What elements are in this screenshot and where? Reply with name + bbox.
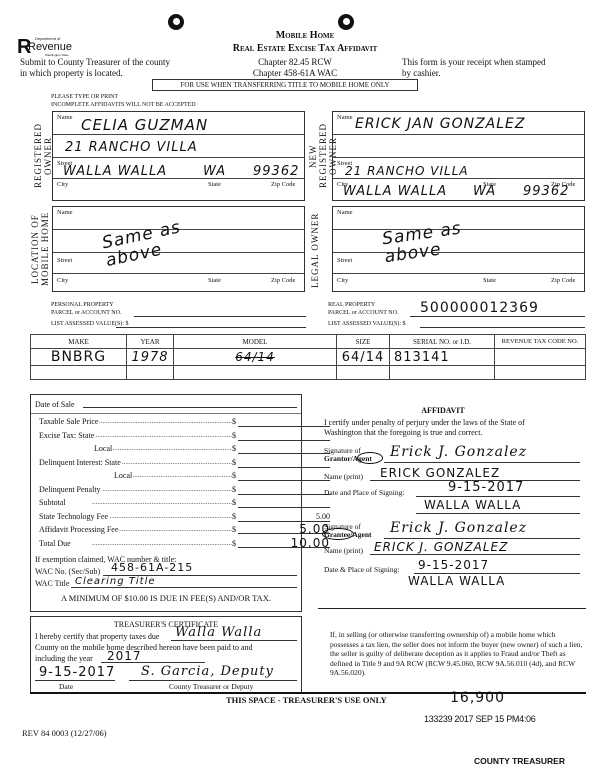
fee-label: Local [94, 444, 113, 453]
registered-owner-zip: 99362 [253, 164, 299, 179]
punch-hole-left [168, 14, 184, 30]
certificate-date: 9-15-2017 [39, 665, 115, 680]
registered-owner-box: Name CELIA GUZMAN 21 RANCHO VILLA Street… [52, 111, 305, 201]
fee-line: ........................................… [39, 471, 329, 483]
model-struck-value: 64/14 [235, 350, 275, 364]
grantor-date: 9-15-2017 [448, 480, 524, 495]
dor-logo: R Department of Revenue Washington State [17, 36, 77, 58]
wac-title-field[interactable] [71, 587, 297, 588]
real-assessed-field[interactable] [420, 327, 585, 328]
mobile-home-only-notice: FOR USE WHEN TRANSFERRING TITLE TO MOBIL… [152, 79, 418, 91]
grantor-signature-field[interactable] [384, 462, 580, 463]
grantor-date-field[interactable] [416, 496, 580, 497]
fee-label: Delinquent Penalty [39, 485, 102, 494]
form-title-line1: Mobile Home [200, 30, 410, 41]
personal-assessed-field[interactable] [116, 327, 306, 328]
grantee-name-label: Name (print) [324, 546, 363, 555]
real-account-label: PARCEL or ACCOUNT NO. [328, 310, 398, 316]
divider [318, 608, 586, 609]
fee-label: Total Due [39, 539, 72, 548]
name-label: Name [57, 209, 73, 216]
personal-account-label: PARCEL or ACCOUNT NO. [51, 310, 121, 316]
dollar-sign: $ [232, 471, 236, 480]
fee-label: Local [114, 471, 133, 480]
punch-hole-right [338, 14, 354, 30]
city-label: City [57, 277, 68, 284]
fee-line: ........................................… [39, 431, 329, 443]
fee-line: ........................................… [39, 458, 329, 470]
real-assessed-label: LIST ASSESSED VALUE(S): $ [328, 321, 406, 327]
date-of-sale-field[interactable] [83, 407, 297, 408]
header-make: MAKE [31, 335, 127, 349]
dollar-sign: $ [232, 498, 236, 507]
new-owner-state: WA [473, 184, 496, 199]
grantee-date: 9-15-2017 [418, 558, 489, 572]
certificate-text-3: including the year [35, 654, 93, 663]
grantee-date-label: Date & Place of Signing: [324, 565, 399, 574]
dollar-sign: $ [232, 525, 236, 534]
street-label: Street [337, 257, 352, 264]
registered-owner-city: WALLA WALLA [63, 164, 167, 179]
state-label: State [208, 181, 221, 188]
fee-line: ........................................… [39, 485, 329, 497]
dot-leader: ........................................… [122, 471, 232, 479]
wac-title-value: Clearing Title [75, 576, 156, 587]
treasurer-use-label: THIS SPACE - TREASURER'S USE ONLY [226, 695, 387, 705]
receipt-stamp: 133239 2017 SEP 15 PM4:06 [424, 714, 535, 724]
location-box: Name Street City State Zip Code Same as … [52, 206, 305, 292]
legal-owner-label: LEGAL OWNER [310, 208, 332, 292]
cell-serial[interactable]: 813141 [390, 349, 495, 366]
dollar-sign: $ [232, 458, 236, 467]
grantor-place: WALLA WALLA [424, 498, 521, 512]
cell-revenue-code[interactable] [495, 349, 586, 366]
street-row[interactable] [53, 253, 304, 274]
certificate-text-2: County on the mobile home described here… [35, 643, 253, 652]
dollar-sign: $ [232, 539, 236, 548]
certificate-date-label: Date [59, 682, 73, 691]
fee-line: ........................................… [39, 498, 329, 510]
fee-label: State Technology Fee [39, 512, 109, 521]
tax-calculation-box: Date of Sale ...........................… [30, 394, 302, 612]
city-label: City [57, 181, 68, 188]
stamp-office: COUNTY TREASURER [474, 756, 565, 766]
header-revenue-tax-code: REVENUE TAX CODE NO. [495, 335, 586, 349]
cell-model[interactable]: 64/14 [174, 349, 337, 366]
header-model: MODEL [174, 335, 337, 349]
name-label: Name [57, 114, 73, 121]
treasurer-signature-label: County Treasurer or Deputy [169, 682, 253, 691]
certificate-county: Walla Walla [175, 625, 262, 640]
real-account-field[interactable] [410, 316, 585, 317]
treasurer-handwritten-number: 16,900 [450, 690, 505, 706]
fee-line: ........................................… [39, 444, 329, 456]
grantee-name: ERICK J. GONZALEZ [374, 540, 508, 554]
date-of-sale-label: Date of Sale [35, 400, 75, 409]
certificate-date-field[interactable] [35, 680, 115, 681]
fee-line: ........................................… [39, 539, 329, 551]
form-number: REV 84 0003 (12/27/06) [22, 728, 107, 738]
affidavit-section: AFFIDAVIT I certify under penalty of per… [300, 394, 586, 612]
incomplete-note: INCOMPLETE AFFIDAVITS WILL NOT BE ACCEPT… [51, 102, 196, 108]
new-owner-name: ERICK JAN GONZALEZ [355, 116, 525, 132]
certificate-text-1: I hereby certify that property taxes due [35, 632, 159, 641]
grantee-place: WALLA WALLA [408, 574, 505, 588]
form-title-line2: Real Estate Excise Tax Affidavit [170, 43, 440, 54]
header-serial: SERIAL NO. or I.D. [390, 335, 495, 349]
registered-owner-address: 21 RANCHO VILLA [65, 140, 198, 155]
fee-line: ........................................… [39, 417, 329, 429]
grantor-name: ERICK GONZALEZ [380, 466, 500, 480]
cell-year[interactable] [127, 366, 174, 380]
dot-leader: ........................................… [47, 498, 232, 506]
submit-instruction-1: Submit to County Treasurer of the county [20, 57, 170, 67]
receipt-notice-2: by cashier. [402, 68, 441, 78]
personal-property-label: PERSONAL PROPERTY [51, 302, 114, 308]
state-label: State [208, 277, 221, 284]
cell-serial[interactable] [390, 366, 495, 380]
county-field[interactable] [171, 640, 297, 641]
street-label: Street [57, 257, 72, 264]
new-owner-street: 21 RANCHO VILLA [345, 164, 469, 178]
treasurer-certificate-box: TREASURER'S CERTIFICATE I hereby certify… [30, 616, 302, 694]
submit-instruction-2: in which property is located. [20, 68, 123, 78]
address-row[interactable] [333, 135, 584, 158]
zip-label: Zip Code [271, 277, 295, 284]
wac-no-label: WAC No. (Sec/Sub) [35, 567, 100, 576]
affidavit-text-2: Washington that the foregoing is true an… [324, 428, 482, 437]
grantor-name-label: Name (print) [324, 472, 363, 481]
real-account-number: 500000012369 [420, 300, 539, 316]
new-owner-zip: 99362 [523, 184, 569, 199]
table-row [31, 366, 586, 380]
grantee-circle-mark [322, 528, 354, 540]
type-or-print-note: PLEASE TYPE OR PRINT [51, 94, 118, 100]
fee-label: Excise Tax: State [39, 431, 95, 440]
zip-label: Zip Code [271, 181, 295, 188]
cell-size[interactable]: 64/14 [337, 349, 390, 366]
real-property-label: REAL PROPERTY [328, 302, 375, 308]
chapter-rcw: Chapter 82.45 RCW [240, 57, 350, 67]
personal-account-field[interactable] [134, 316, 306, 317]
agent-circle-mark [357, 452, 383, 464]
new-owner-city: WALLA WALLA [343, 184, 447, 199]
grantee-signature-field[interactable] [384, 538, 580, 539]
affidavit-text-1: I certify under penalty of perjury under… [324, 418, 525, 427]
table-row: BNBRG 1978 64/14 64/14 813141 [31, 349, 586, 366]
divider [31, 413, 301, 414]
name-label: Name [337, 209, 353, 216]
grantee-signature: Erick J. Gonzalez [390, 520, 527, 536]
new-registered-owner-label: NEW REGISTERED OWNER [308, 112, 334, 200]
certificate-year: 2017 [107, 649, 142, 663]
zip-label: Zip Code [551, 277, 575, 284]
fee-label: Taxable Sale Price [39, 417, 99, 426]
dot-leader: ........................................… [102, 444, 232, 452]
dollar-sign: $ [232, 512, 236, 521]
registered-owner-state: WA [203, 164, 226, 179]
receipt-notice-1: This form is your receipt when stamped [402, 57, 545, 67]
header-size: SIZE [337, 335, 390, 349]
treasurer-signature-field[interactable] [129, 680, 297, 681]
grantor-place-field[interactable] [416, 513, 580, 514]
dollar-sign: $ [232, 431, 236, 440]
grantee-name-field[interactable] [370, 554, 580, 555]
fee-label: Subtotal [39, 498, 67, 507]
cell-year[interactable]: 1978 [127, 349, 174, 366]
cell-size[interactable] [337, 366, 390, 380]
new-registered-owner-box: Name ERICK JAN GONZALEZ Street 21 RANCHO… [332, 111, 585, 201]
dollar-sign: $ [232, 485, 236, 494]
dot-leader: ........................................… [47, 539, 232, 547]
logo-name: Revenue [28, 41, 72, 53]
affidavit-title: AFFIDAVIT [300, 406, 586, 415]
registered-owner-name: CELIA GUZMAN [81, 116, 208, 134]
grantor-signature: Erick J. Gonzalez [390, 444, 527, 460]
fee-label: Affidavit Processing Fee [39, 525, 119, 534]
dollar-sign: $ [232, 444, 236, 453]
chapter-wac: Chapter 458-61A WAC [240, 68, 350, 78]
fee-label: Delinquent Interest: State [39, 458, 122, 467]
minimum-due-notice: A MINIMUM OF $10.00 IS DUE IN FEE(S) AND… [31, 593, 301, 603]
cell-model[interactable] [174, 366, 337, 380]
cell-make[interactable]: BNBRG [31, 349, 127, 366]
treasurer-signature: S. Garcia, Deputy [141, 664, 274, 679]
header-year: YEAR [127, 335, 174, 349]
city-label: City [337, 277, 348, 284]
wac-no-value: 458-61A-215 [111, 561, 193, 574]
state-label: State [483, 277, 496, 284]
wac-title-label: WAC Title [35, 579, 69, 588]
grantor-date-label: Date and Place of Signing: [324, 488, 404, 497]
dollar-sign: $ [232, 417, 236, 426]
legal-owner-box: Name Street City State Zip Code Same as … [332, 206, 585, 292]
fraud-notice: If, in selling (or otherwise transferrin… [330, 630, 585, 678]
cell-make[interactable] [31, 366, 127, 380]
cell-revenue-code[interactable] [495, 366, 586, 380]
street-row[interactable] [333, 253, 584, 274]
name-label: Name [337, 114, 353, 121]
mobile-home-details-table: MAKE YEAR MODEL SIZE SERIAL NO. or I.D. … [30, 334, 586, 380]
